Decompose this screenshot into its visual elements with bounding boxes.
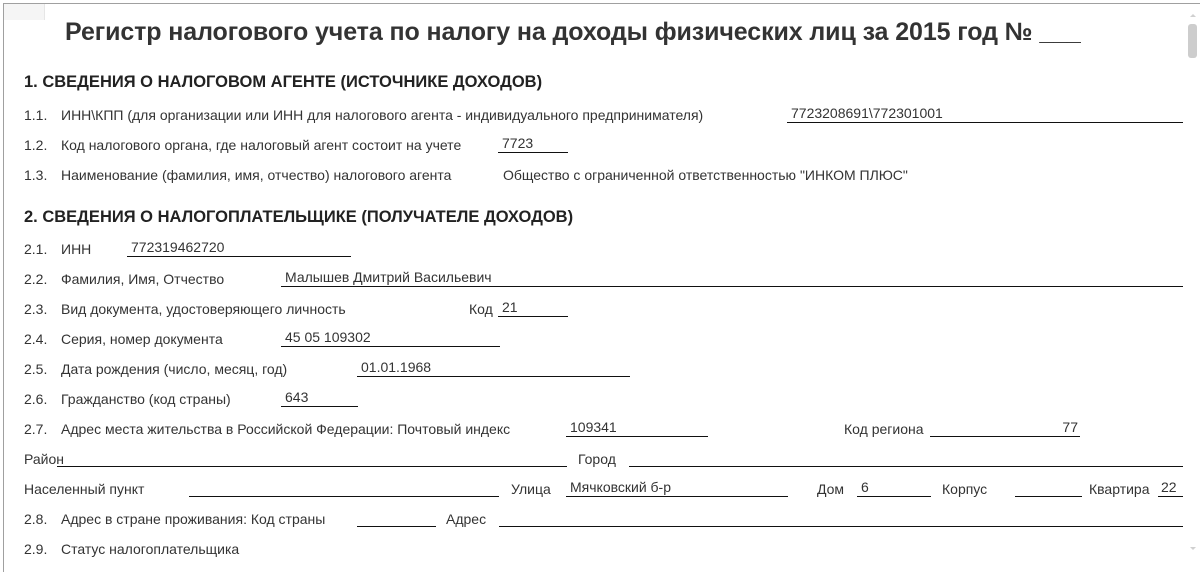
item-2-1-number: 2.1. — [24, 241, 47, 257]
building-label: Корпус — [942, 481, 987, 497]
scrollbar-thumb[interactable] — [1188, 24, 1197, 58]
item-2-4-label: Серия, номер документа — [61, 331, 223, 347]
birth-date-field[interactable]: 01.01.1968 — [357, 359, 630, 377]
item-1-3-number: 1.3. — [24, 167, 47, 183]
region-code-label: Код региона — [844, 421, 924, 437]
scroll-down-arrow-icon[interactable] — [1190, 547, 1196, 550]
item-2-7-label: Адрес места жительства в Российской Феде… — [61, 421, 510, 437]
item-1-2-number: 1.2. — [24, 137, 47, 153]
region-code-field[interactable]: 77 — [930, 419, 1080, 437]
foreign-address-label: Адрес — [446, 511, 486, 527]
item-2-4-number: 2.4. — [24, 331, 47, 347]
doc-code-label: Код — [469, 301, 493, 317]
locality-field[interactable] — [189, 479, 499, 497]
street-field[interactable]: Мячковский б-р — [566, 479, 788, 497]
item-1-1-number: 1.1. — [24, 107, 47, 123]
item-2-8-number: 2.8. — [24, 511, 47, 527]
item-2-3-label: Вид документа, удостоверяющего личность — [61, 301, 346, 317]
item-2-9-label: Статус налогоплательщика — [61, 541, 239, 557]
item-2-7-number: 2.7. — [24, 421, 47, 437]
district-field[interactable] — [57, 449, 567, 467]
item-2-2-number: 2.2. — [24, 271, 47, 287]
item-2-2-label: Фамилия, Имя, Отчество — [61, 271, 224, 287]
item-2-5-label: Дата рождения (число, месяц, год) — [61, 361, 287, 377]
city-field[interactable] — [629, 449, 1183, 467]
vertical-scrollbar[interactable] — [1186, 4, 1200, 572]
item-2-6-number: 2.6. — [24, 391, 47, 407]
citizenship-field[interactable]: 643 — [281, 389, 358, 407]
agent-inn-kpp-field[interactable]: 7723208691\772301001 — [787, 105, 1183, 123]
building-field[interactable] — [1015, 479, 1082, 497]
apartment-label: Квартира — [1089, 481, 1150, 497]
corner-cell — [4, 4, 45, 20]
section2-heading: 2. СВЕДЕНИЯ О НАЛОГОПЛАТЕЛЬЩИКЕ (ПОЛУЧАТ… — [24, 207, 573, 227]
scroll-up-arrow-icon[interactable] — [1190, 14, 1196, 17]
document-title: Регистр налогового учета по налогу на до… — [65, 16, 1081, 48]
street-label: Улица — [511, 481, 551, 497]
item-2-3-number: 2.3. — [24, 301, 47, 317]
country-code-field[interactable] — [357, 509, 436, 527]
foreign-address-field[interactable] — [499, 509, 1183, 527]
doc-code-field[interactable]: 21 — [498, 299, 568, 317]
item-1-3-label: Наименование (фамилия, имя, отчество) на… — [61, 167, 451, 183]
item-2-8-label: Адрес в стране проживания: Код страны — [61, 511, 325, 527]
locality-label: Населенный пункт — [24, 481, 144, 497]
item-1-2-label: Код налогового органа, где налоговый аге… — [61, 137, 461, 153]
item-1-1-label: ИНН\КПП (для организации или ИНН для нал… — [61, 107, 703, 123]
tax-authority-code-field[interactable]: 7723 — [498, 135, 568, 153]
apartment-field[interactable]: 22 — [1158, 479, 1183, 497]
section1-heading: 1. СВЕДЕНИЯ О НАЛОГОВОМ АГЕНТЕ (ИСТОЧНИК… — [24, 72, 542, 92]
city-label: Город — [578, 451, 616, 467]
house-field[interactable]: 6 — [857, 479, 931, 497]
item-2-9-number: 2.9. — [24, 541, 47, 557]
postal-code-field[interactable]: 109341 — [566, 419, 708, 437]
agent-name-value: Общество с ограниченной ответственностью… — [503, 167, 908, 183]
house-label: Дом — [817, 481, 844, 497]
taxpayer-inn-field[interactable]: 772319462720 — [127, 239, 351, 257]
doc-series-number-field[interactable]: 45 05 109302 — [281, 329, 500, 347]
item-2-6-label: Гражданство (код страны) — [61, 391, 231, 407]
item-2-1-label: ИНН — [61, 241, 91, 257]
full-name-field[interactable]: Малышев Дмитрий Васильевич — [281, 269, 1183, 287]
item-2-5-number: 2.5. — [24, 361, 47, 377]
